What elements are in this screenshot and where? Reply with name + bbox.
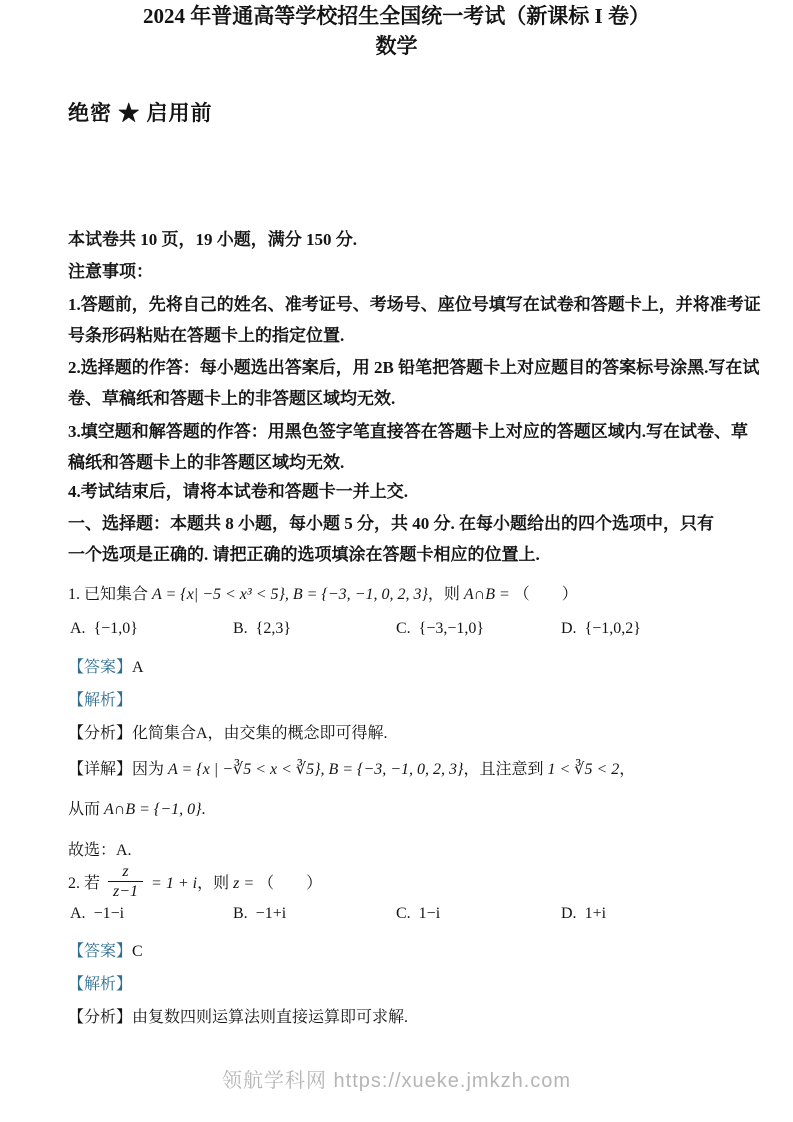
question-1-conclusion-line: 从而 A∩B = {−1, 0}. <box>68 797 733 823</box>
question-1-options-row: A.{−1,0} B.{2,3} C.{−3,−1,0} D.{−1,0,2} <box>70 620 735 638</box>
question-2-stem: 2. 若 z z−1 = 1 + i，则 z = （ ） <box>68 862 733 906</box>
option-label: B. <box>233 905 248 922</box>
option-label: C. <box>396 620 411 637</box>
option-value: 1+i <box>585 905 606 922</box>
question-1-answer-value: A <box>132 659 144 676</box>
option-label: D. <box>561 905 577 922</box>
notice-item-3-line-1: 3.填空题和解答题的作答：用黑色签字笔直接答在答题卡上对应的答题区域内.写在试卷… <box>68 419 733 445</box>
conclusion-expression: A∩B = {−1, 0} <box>104 801 202 818</box>
option-label: A. <box>70 905 86 922</box>
option-label: B. <box>233 620 248 637</box>
question-1-stem: 1. 已知集合 A = {x| −5 < x³ < 5}, B = {−3, −… <box>68 582 733 608</box>
conclusion-text: 从而 <box>68 801 100 818</box>
option-value: {−1,0} <box>94 620 138 637</box>
exam-paper-page: 绝密 ★ 启用前 2024 年普通高等学校招生全国统一考试（新课标 I 卷） 数… <box>0 0 793 1122</box>
question-2-analysis-line: 【分析】由复数四则运算法则直接运算即可求解. <box>68 1005 733 1031</box>
question-1-answer-line: 【答案】A <box>68 655 733 681</box>
question-1-number: 1. <box>68 586 80 603</box>
question-2-options-row: A.−1−i B.−1+i C.1−i D.1+i <box>70 905 735 923</box>
detail-suffix-text: ， <box>619 761 635 778</box>
question-1-option-b: B.{2,3} <box>233 620 396 638</box>
section-1-heading-line-2: 一个选项是正确的. 请把正确的选项填涂在答题卡相应的位置上. <box>68 542 733 568</box>
question-2-option-d: D.1+i <box>561 905 735 923</box>
subject-title: 数学 <box>0 30 793 60</box>
question-1-set-definition: A = {x| −5 < x³ < 5}, B = {−3, −1, 0, 2,… <box>152 586 428 603</box>
answer-label: 【答案】 <box>68 659 132 676</box>
question-2-answer-value: C <box>132 943 143 960</box>
notice-item-4: 4.考试结束后，请将本试卷和答题卡一并上交. <box>68 479 733 505</box>
question-2-answer-blank: （ ） <box>258 875 322 892</box>
question-1-option-c: C.{−3,−1,0} <box>396 620 561 638</box>
question-2-equation: = 1 + i <box>151 875 197 892</box>
option-value: 1−i <box>419 905 440 922</box>
option-value: {−3,−1,0} <box>419 620 484 637</box>
question-1-choose-line: 故选：A. <box>68 838 733 864</box>
notice-item-1-line-2: 号条形码粘贴在答题卡上的指定位置. <box>68 323 733 349</box>
question-1-analysis-label: 【解析】 <box>68 688 733 714</box>
question-2-option-b: B.−1+i <box>233 905 396 923</box>
question-1-detail-line: 【详解】因为 A = {x | −∛5 < x < ∛5}, B = {−3, … <box>68 757 733 783</box>
fraction: z z−1 <box>108 862 143 902</box>
question-2-text: 若 <box>84 875 100 892</box>
notice-heading: 注意事项： <box>68 259 733 285</box>
section-1-heading-line-1: 一、选择题：本题共 8 小题，每小题 5 分，共 40 分. 在每小题给出的四个… <box>68 511 733 537</box>
detail-inequality: 1 < ∛5 < 2 <box>547 761 619 778</box>
paper-meta: 本试卷共 10 页，19 小题，满分 150 分. <box>68 227 733 253</box>
question-2-mid-text: ，则 <box>197 875 229 892</box>
notice-item-3-line-2: 稿纸和答题卡上的非答题区域均无效. <box>68 450 733 476</box>
option-value: {2,3} <box>256 620 291 637</box>
notice-item-2-line-1: 2.选择题的作答：每小题选出答案后，用 2B 铅笔把答题卡上对应题目的答案标号涂… <box>68 355 733 381</box>
exam-title: 2024 年普通高等学校招生全国统一考试（新课标 I 卷） <box>0 0 793 30</box>
question-1-option-d: D.{−1,0,2} <box>561 620 735 638</box>
question-1-text: 已知集合 <box>84 586 148 603</box>
detail-mid-text: ，且注意到 <box>463 761 543 778</box>
conclusion-period: . <box>202 801 206 818</box>
detail-label-text: 【详解】因为 <box>68 761 164 778</box>
question-2-option-a: A.−1−i <box>70 905 233 923</box>
fraction-numerator: z <box>108 862 143 881</box>
option-label: D. <box>561 620 577 637</box>
option-value: −1+i <box>256 905 287 922</box>
question-1-mid-text: ，则 <box>428 586 460 603</box>
question-1-option-a: A.{−1,0} <box>70 620 233 638</box>
option-value: {−1,0,2} <box>585 620 641 637</box>
option-label: A. <box>70 620 86 637</box>
option-label: C. <box>396 905 411 922</box>
notice-item-1-line-1: 1.答题前，先将自己的姓名、准考证号、考场号、座位号填写在试卷和答题卡上，并将准… <box>68 292 733 318</box>
classification-banner: 绝密 ★ 启用前 <box>68 100 733 126</box>
detail-set-expression: A = {x | −∛5 < x < ∛5}, B = {−3, −1, 0, … <box>168 761 463 778</box>
option-value: −1−i <box>94 905 125 922</box>
question-1-answer-blank: （ ） <box>514 586 578 603</box>
question-2-answer-line: 【答案】C <box>68 939 733 965</box>
site-watermark: 领航学科网 https://xueke.jmkzh.com <box>0 1064 793 1093</box>
question-2-number: 2. <box>68 875 80 892</box>
analysis-label: 【解析】 <box>68 976 132 993</box>
analysis-label: 【解析】 <box>68 692 132 709</box>
question-2-z-expr: z = <box>233 875 254 892</box>
question-1-analysis-line: 【分析】化简集合A，由交集的概念即可得解. <box>68 721 733 747</box>
notice-item-2-line-2: 卷、草稿纸和答题卡上的非答题区域均无效. <box>68 386 733 412</box>
answer-label: 【答案】 <box>68 943 132 960</box>
question-1-intersection-expr: A∩B = <box>464 586 510 603</box>
question-2-option-c: C.1−i <box>396 905 561 923</box>
question-2-analysis-label: 【解析】 <box>68 972 733 998</box>
fraction-denominator: z−1 <box>108 881 143 902</box>
